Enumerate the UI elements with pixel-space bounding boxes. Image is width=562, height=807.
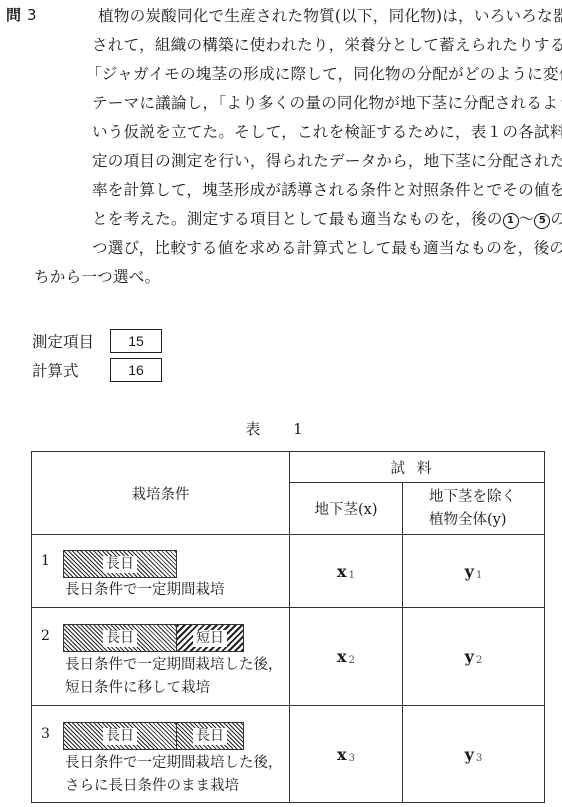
condition-cell: 1 長日 長日条件で一定期間栽培: [32, 535, 290, 608]
circled-number-icon: 1: [503, 213, 519, 229]
table-1: 栽培条件 試料 地下茎(x) 地下茎を除く 植物全体(y) 1 長日 長日条件で…: [31, 451, 545, 803]
condition-desc: 長日条件で一定期間栽培した後， さらに長日条件のまま栽培: [65, 752, 283, 798]
body-text: つ選び，比較する値を求める計算式として最も適当なものを，後の: [92, 239, 562, 257]
row-number: 1: [41, 553, 50, 569]
body-line: 「ジャガイモの塊茎の形成に際して，同化物の分配がどのように変化するか」を: [30, 60, 560, 89]
desc-line: 長日条件で一定期間栽培した後，: [65, 654, 283, 677]
desc-line: 長日条件で一定期間栽培: [65, 579, 225, 602]
value-x1: x1: [290, 535, 403, 608]
table-row: 2 長日 短日 長日条件で一定期間栽培した後， 短日条件に移して栽培 x2 y2: [32, 608, 545, 706]
subscript: 3: [476, 753, 482, 764]
circled-number-icon: 5: [534, 213, 550, 229]
answer-box-15[interactable]: 15: [110, 329, 162, 353]
value-y1: y1: [403, 535, 545, 608]
header-y-line2: 植物全体(y): [429, 509, 544, 532]
subscript: 3: [349, 753, 355, 764]
body-line: つ選び，比較する値を求める計算式として最も適当なものを，後の6～9のう: [30, 234, 560, 263]
subscript: 1: [349, 570, 355, 581]
segment-label: 短日: [193, 630, 227, 647]
header-condition-text: 栽培条件: [32, 452, 289, 504]
var-y: y: [465, 562, 474, 581]
body-line: テーマに議論し，「より多くの量の同化物が地下茎に分配されるようになる」と: [30, 89, 560, 118]
var-y: y: [465, 745, 474, 764]
condition-cell: 3 長日 長日 長日条件で一定期間栽培した後， さらに長日条件のまま栽培: [32, 706, 290, 803]
short-day-segment: 短日: [176, 625, 243, 651]
subscript: 2: [349, 655, 355, 666]
var-x: x: [337, 562, 347, 581]
value-x3: x3: [290, 706, 403, 803]
var-x: x: [337, 745, 347, 764]
segment-label: 長日: [103, 728, 137, 745]
segment-label: 長日: [103, 630, 137, 647]
long-day-segment: 長日: [176, 723, 243, 749]
desc-line: 短日条件に移して栽培: [65, 677, 283, 700]
desc-line: 長日条件で一定期間栽培した後，: [65, 752, 283, 775]
long-day-segment: 長日: [64, 551, 176, 577]
body-line: いう仮説を立てた。そして，これを検証するために，表１の各試料について特: [30, 118, 560, 147]
value-y3: y3: [403, 706, 545, 803]
var-x: x: [337, 647, 347, 666]
body-line: 植物の炭酸同化で生産された物質(以下，同化物)は，いろいろな器官に分配: [30, 2, 560, 31]
table-row: 1 長日 長日条件で一定期間栽培 x1 y1: [32, 535, 545, 608]
body-line: ちから一つ選べ。: [30, 263, 560, 292]
header-condition: 栽培条件: [32, 452, 290, 535]
segment-label: 長日: [193, 728, 227, 745]
desc-line: さらに長日条件のまま栽培: [65, 775, 283, 798]
row-number: 3: [41, 726, 50, 742]
subscript: 2: [476, 655, 482, 666]
long-day-segment: 長日: [64, 625, 176, 651]
header-y-line1: 地下茎を除く: [429, 486, 544, 509]
subscript: 1: [476, 570, 482, 581]
question-body: 植物の炭酸同化で生産された物質(以下，同化物)は，いろいろな器官に分配 されて，…: [30, 2, 560, 292]
long-day-segment: 長日: [64, 723, 176, 749]
answer-label: 測定項目: [32, 330, 110, 352]
row-number: 2: [41, 628, 50, 644]
photoperiod-bar: 長日 長日: [63, 722, 244, 750]
table-row: 3 長日 長日 長日条件で一定期間栽培した後， さらに長日条件のまま栽培 x3 …: [32, 706, 545, 803]
value-y2: y2: [403, 608, 545, 706]
body-text: とを考えた。測定する項目として最も適当なものを，後の: [92, 210, 503, 228]
header-sample: 試料: [290, 452, 545, 483]
value-x2: x2: [290, 608, 403, 706]
header-x: 地下茎(x): [290, 483, 403, 535]
body-line: 率を計算して，塊茎形成が誘導される条件と対照条件とでその値を比較するこ: [30, 176, 560, 205]
var-y: y: [465, 647, 474, 666]
answer-box-16[interactable]: 16: [110, 358, 162, 382]
photoperiod-bar: 長日 短日: [63, 624, 244, 652]
segment-label: 長日: [103, 556, 137, 573]
body-text: のうちから一: [550, 210, 562, 228]
answer-row-formula: 計算式 16: [32, 355, 162, 384]
question-label-text: 問: [6, 6, 21, 24]
condition-cell: 2 長日 短日 長日条件で一定期間栽培した後， 短日条件に移して栽培: [32, 608, 290, 706]
answer-label: 計算式: [32, 359, 110, 381]
answer-row-measure: 測定項目 15: [32, 326, 162, 355]
tilde: ～: [519, 210, 535, 228]
body-line: とを考えた。測定する項目として最も適当なものを，後の1～5のうちから一: [30, 205, 560, 234]
condition-desc: 長日条件で一定期間栽培: [65, 579, 225, 602]
condition-desc: 長日条件で一定期間栽培した後， 短日条件に移して栽培: [65, 654, 283, 700]
photoperiod-bar: 長日: [63, 550, 177, 578]
table-caption: 表 1: [0, 418, 562, 439]
body-line: されて，組織の構築に使われたり，栄養分として蓄えられたりする。２班は，: [30, 31, 560, 60]
body-line: 定の項目の測定を行い，得られたデータから，地下茎に分配された同化物の比: [30, 147, 560, 176]
header-y: 地下茎を除く 植物全体(y): [403, 483, 545, 535]
answer-slots: 測定項目 15 計算式 16: [32, 326, 162, 384]
